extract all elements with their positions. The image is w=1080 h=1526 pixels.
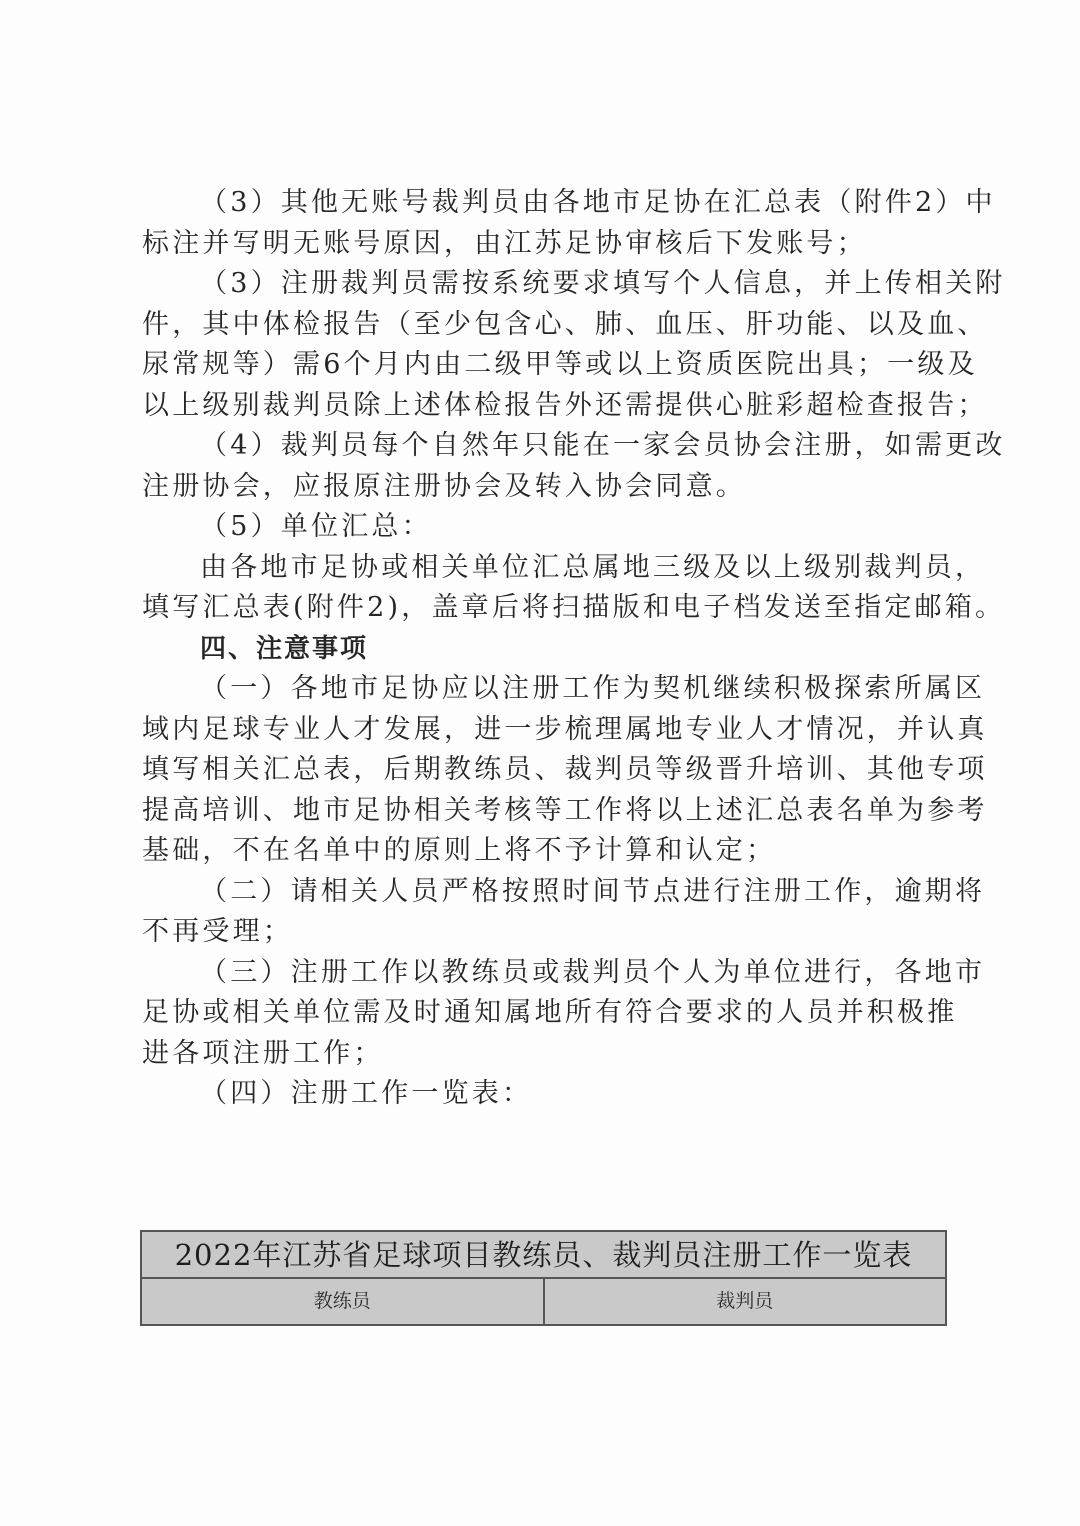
table-header-row: 教练员 裁判员 — [142, 1279, 945, 1324]
text-line: 以上级别裁判员除上述体检报告外还需提供心脏彩超检查报告； — [142, 386, 948, 427]
registration-overview-table: 2022年江苏省足球项目教练员、裁判员注册工作一览表 教练员 裁判员 — [140, 1230, 947, 1326]
text-line: 填写汇总表(附件2)，盖章后将扫描版和电子档发送至指定邮箱。 — [142, 588, 948, 629]
text-line: 基础，不在名单中的原则上将不予计算和认定； — [142, 831, 948, 872]
text-line: （3）注册裁判员需按系统要求填写个人信息，并上传相关附 — [142, 264, 948, 305]
text-line: 注册协会，应报原注册协会及转入协会同意。 — [142, 467, 948, 508]
text-line: 由各地市足协或相关单位汇总属地三级及以上级别裁判员， — [142, 548, 948, 589]
text-line: 足协或相关单位需及时通知属地所有符合要求的人员并积极推 — [142, 993, 948, 1034]
text-line: （二）请相关人员严格按照时间节点进行注册工作，逾期将 — [142, 872, 948, 913]
text-line: 提高培训、地市足协相关考核等工作将以上述汇总表名单为参考 — [142, 791, 948, 832]
paragraph-unit-summary: 由各地市足协或相关单位汇总属地三级及以上级别裁判员， 填写汇总表(附件2)，盖章… — [142, 548, 948, 629]
text-line: （四）注册工作一览表： — [142, 1074, 948, 1115]
paragraph-one-association: （4）裁判员每个自然年只能在一家会员协会注册，如需更改 注册协会，应报原注册协会… — [142, 426, 948, 507]
text-line: 尿常规等）需6个月内由二级甲等或以上资质医院出具；一级及 — [142, 345, 948, 386]
note-2: （二）请相关人员严格按照时间节点进行注册工作，逾期将 不再受理； — [142, 872, 948, 953]
note-4: （四）注册工作一览表： — [142, 1074, 948, 1115]
column-header-coaches: 教练员 — [142, 1279, 543, 1324]
paragraph-unit-summary-label: （5）单位汇总： — [142, 507, 948, 548]
note-3: （三）注册工作以教练员或裁判员个人为单位进行，各地市 足协或相关单位需及时通知属… — [142, 953, 948, 1075]
text-line: （三）注册工作以教练员或裁判员个人为单位进行，各地市 — [142, 953, 948, 994]
document-page: （3）其他无账号裁判员由各地市足协在汇总表（附件2）中 标注并写明无账号原因，由… — [0, 0, 1080, 1526]
text-line: 件，其中体检报告（至少包含心、肺、血压、肝功能、以及血、 — [142, 305, 948, 346]
paragraph-no-account-referees: （3）其他无账号裁判员由各地市足协在汇总表（附件2）中 标注并写明无账号原因，由… — [142, 183, 948, 264]
column-header-referees: 裁判员 — [543, 1279, 946, 1324]
text-line: （一）各地市足协应以注册工作为契机继续积极探索所属区 — [142, 669, 948, 710]
text-line: 标注并写明无账号原因，由江苏足协审核后下发账号； — [142, 224, 948, 265]
text-line: 不再受理； — [142, 912, 948, 953]
text-line: 进各项注册工作； — [142, 1034, 948, 1075]
text-line: 填写相关汇总表，后期教练员、裁判员等级晋升培训、其他专项 — [142, 750, 948, 791]
section-heading: 四、注意事项 — [142, 629, 948, 670]
text-line: （3）其他无账号裁判员由各地市足协在汇总表（附件2）中 — [142, 183, 948, 224]
text-line: 域内足球专业人才发展，进一步梳理属地专业人才情况，并认真 — [142, 710, 948, 751]
paragraph-referee-registration: （3）注册裁判员需按系统要求填写个人信息，并上传相关附 件，其中体检报告（至少包… — [142, 264, 948, 426]
document-body: （3）其他无账号裁判员由各地市足协在汇总表（附件2）中 标注并写明无账号原因，由… — [142, 183, 948, 1115]
note-1: （一）各地市足协应以注册工作为契机继续积极探索所属区 域内足球专业人才发展，进一… — [142, 669, 948, 872]
text-line: （4）裁判员每个自然年只能在一家会员协会注册，如需更改 — [142, 426, 948, 467]
text-line: （5）单位汇总： — [142, 507, 948, 548]
table-title: 2022年江苏省足球项目教练员、裁判员注册工作一览表 — [142, 1232, 945, 1279]
